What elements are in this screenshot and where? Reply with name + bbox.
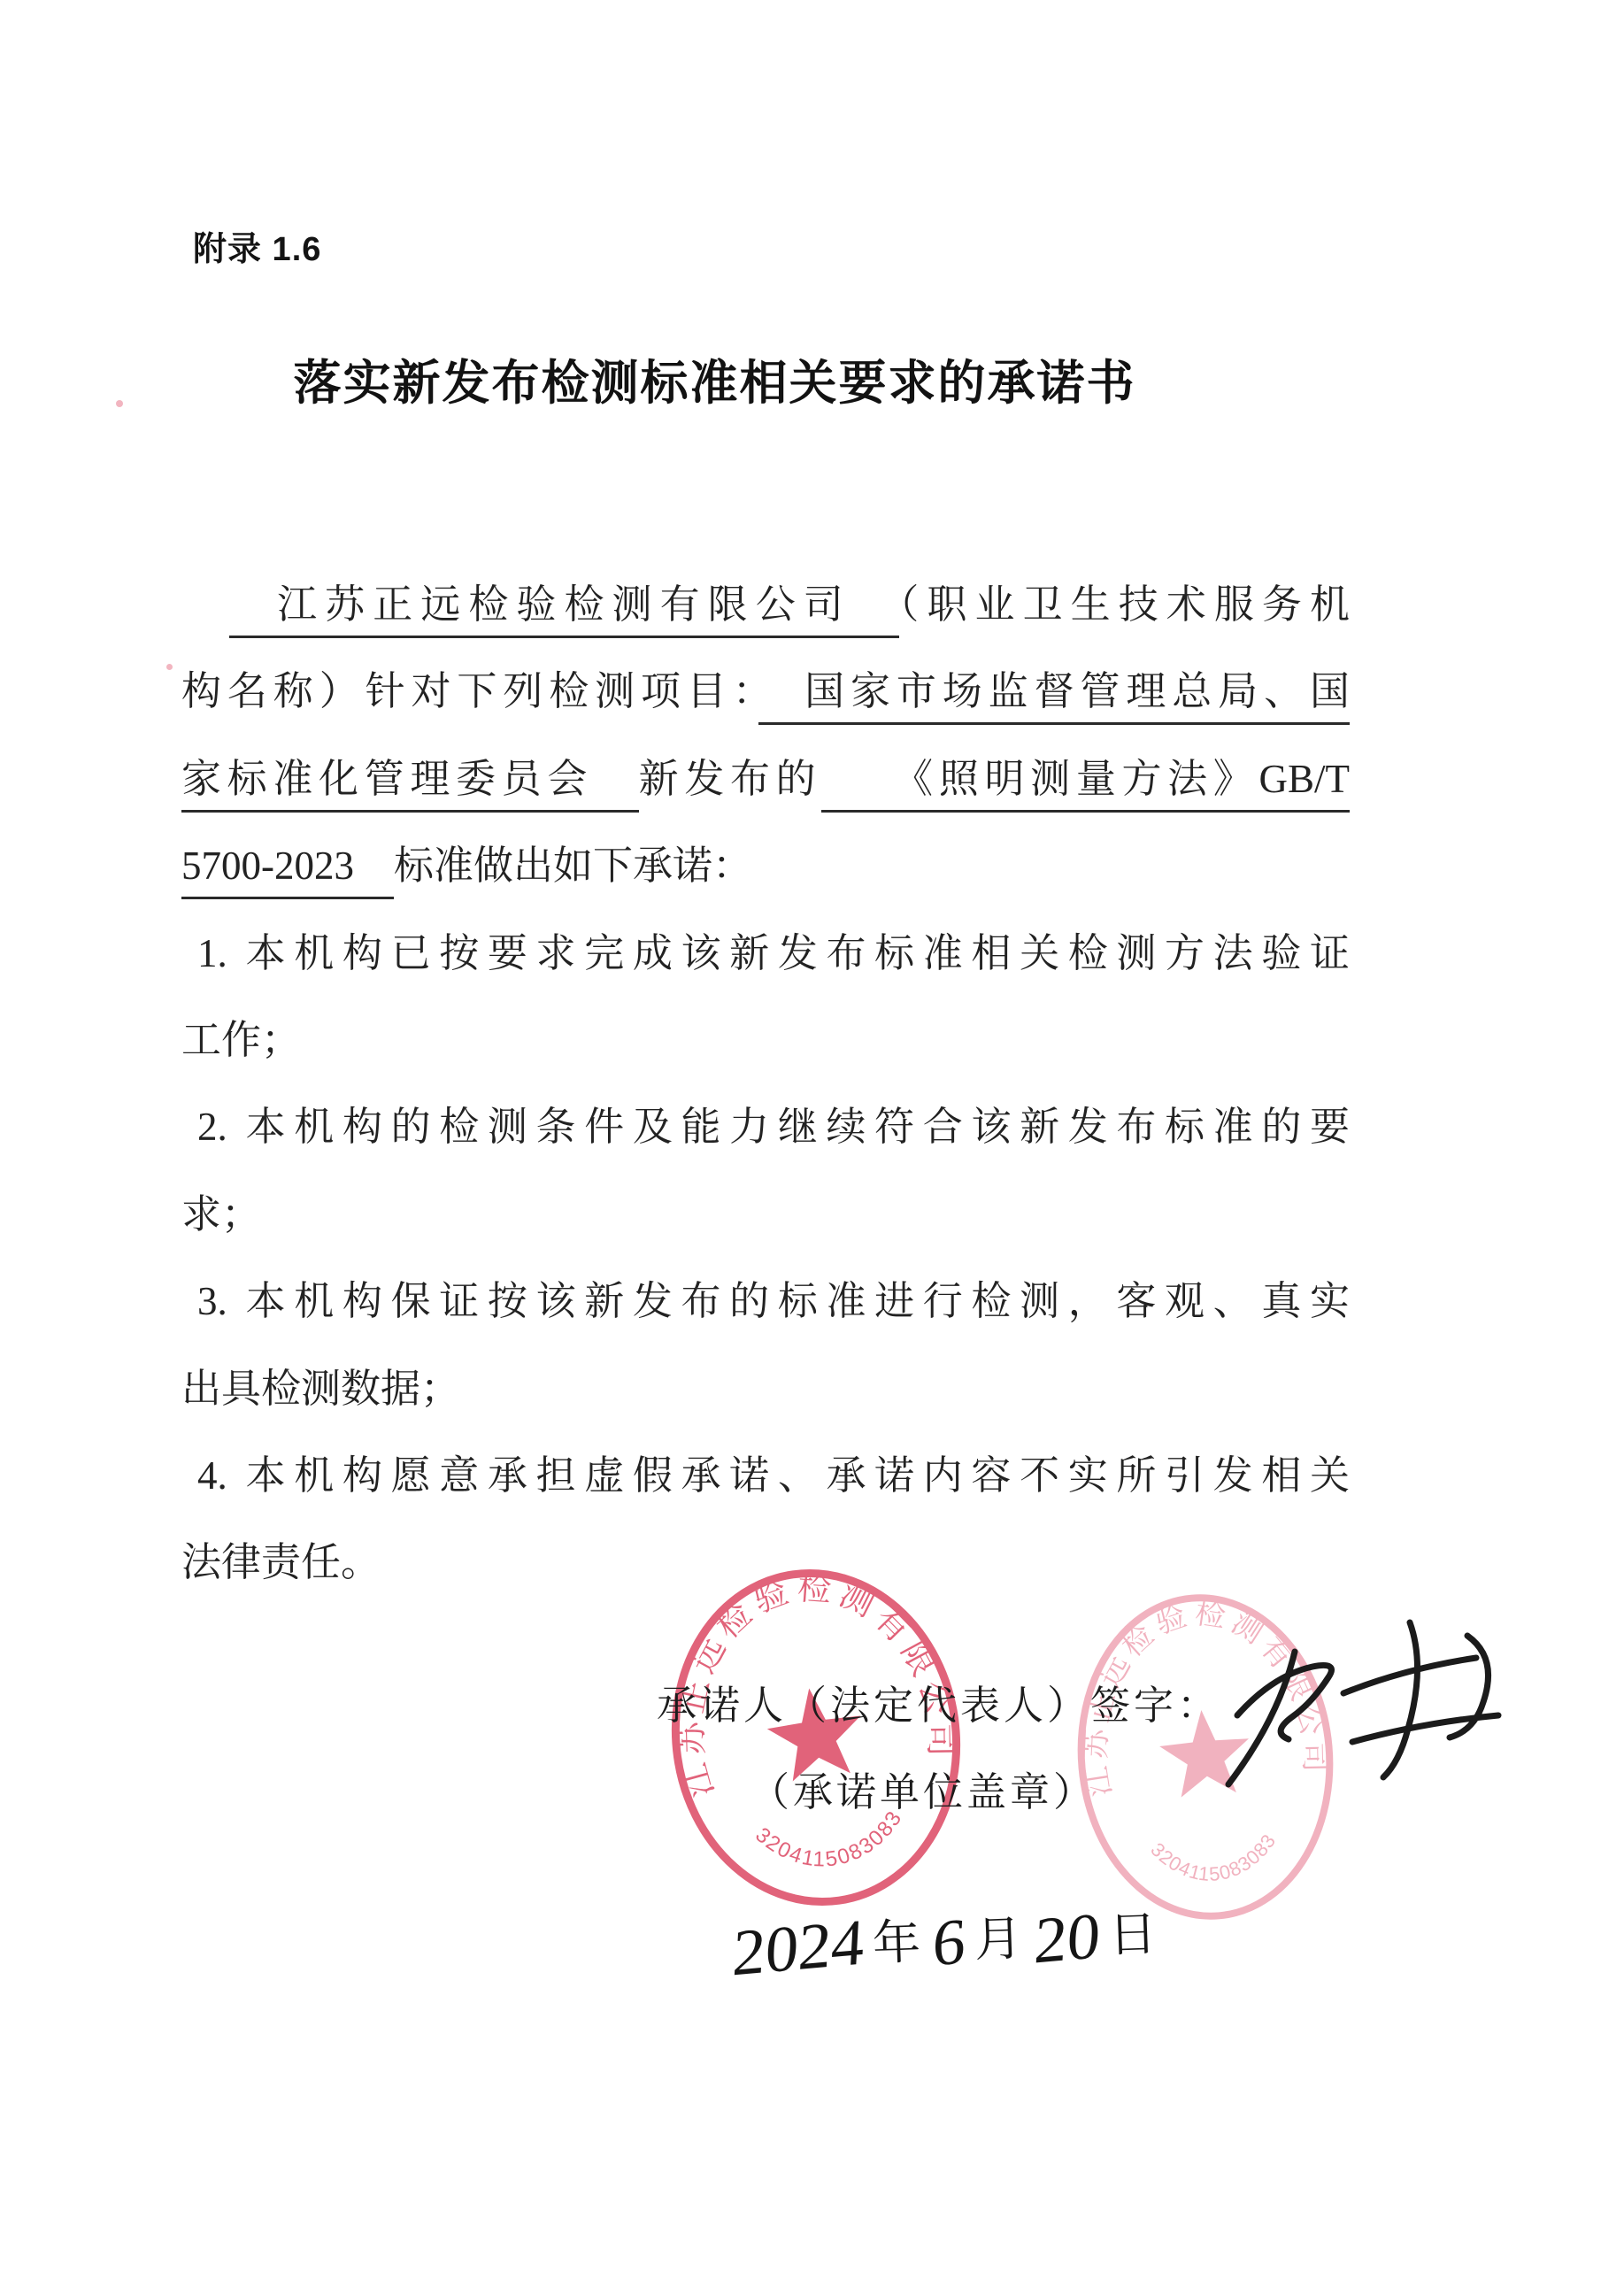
scan-speck: [166, 664, 173, 670]
body-segment: 4. 本机构愿意承担虚假承诺、承诺内容不实所引发相关: [197, 1453, 1350, 1498]
title-row: 落实新发布检测标准相关要求的承诺书: [0, 345, 1624, 413]
body-text: 江苏正远检验检测有限公司 （职业卫生技术服务机 构名称）针对下列检测项目： 国家…: [181, 561, 1350, 1606]
body-segment: 构名称）针对下列检测项目：: [181, 669, 758, 713]
body-line: 江苏正远检验检测有限公司 （职业卫生技术服务机: [181, 561, 1350, 648]
body-line-item-3: 3. 本机构保证按该新发布的标准进行检测，客观、真实: [181, 1258, 1350, 1344]
scan-speck: [116, 400, 123, 407]
document-title: 落实新发布检测标准相关要求的承诺书: [294, 357, 1136, 410]
signature-stroke: [1343, 1658, 1476, 1693]
body-line-item-1: 1. 本机构已按要求完成该新发布标准相关检测方法验证: [181, 910, 1350, 997]
handwritten-signature: [1211, 1609, 1512, 1822]
body-segment: [181, 582, 229, 627]
body-segment: 法律责任。: [181, 1540, 381, 1584]
body-line: 求；: [181, 1171, 1350, 1258]
seal-code-arc-text: 3204115083083: [1145, 1828, 1283, 1891]
underlined-standard-name: 《照明测量方法》GB/T: [821, 757, 1350, 813]
body-line-item-2: 2. 本机构的检测条件及能力继续符合该新发布标准的要: [181, 1083, 1350, 1170]
date-month-label: 月: [974, 1915, 1023, 1964]
body-segment: 新发布的: [639, 757, 822, 801]
underlined-authority-name: 国家市场监督管理总局、国: [758, 669, 1350, 725]
body-segment: 标准做出如下承诺：: [394, 844, 752, 888]
date-year-label: 年: [872, 1918, 921, 1968]
body-line: 出具检测数据；: [181, 1345, 1350, 1432]
body-segment: 3. 本机构保证按该新发布的标准进行检测，客观、真实: [197, 1279, 1350, 1323]
body-line: 构名称）针对下列检测项目： 国家市场监督管理总局、国: [181, 648, 1350, 735]
body-segment: 2. 本机构的检测条件及能力继续符合该新发布标准的要: [197, 1105, 1350, 1149]
body-line-item-4: 4. 本机构愿意承担虚假承诺、承诺内容不实所引发相关: [181, 1432, 1350, 1519]
underlined-standard-number: 5700-2023: [181, 844, 394, 899]
seal-instruction-label: （承诺单位盖章）: [750, 1768, 1097, 1816]
body-segment: 1. 本机构已按要求完成该新发布标准相关检测方法验证: [197, 931, 1350, 975]
date-month: 6: [931, 1908, 967, 1976]
body-line: 家标准化管理委员会 新发布的 《照明测量方法》GB/T: [181, 736, 1350, 822]
date-year: 2024: [731, 1909, 866, 1986]
body-segment: 出具检测数据；: [181, 1367, 460, 1411]
underlined-company-name: 江苏正远检验检测有限公司: [229, 582, 899, 638]
company-seal-left: 江苏正远检验检测有限公司 3204115083083: [643, 1545, 989, 1930]
underlined-authority-name: 家标准化管理委员会: [181, 757, 639, 813]
date-day-label: 日: [1108, 1910, 1158, 1960]
date-day: 20: [1033, 1903, 1102, 1975]
appendix-label: 附录 1.6: [193, 221, 321, 270]
date-line: 2024年 6月 20日: [732, 1902, 1166, 1983]
signature-stroke: [1237, 1666, 1331, 1740]
signer-label: 承诺人（法定代表人）签字：: [657, 1682, 1220, 1730]
signature-stroke: [1383, 1622, 1418, 1777]
body-segment: 求；: [181, 1192, 261, 1237]
body-line: 工作；: [181, 997, 1350, 1083]
body-segment: 工作；: [181, 1018, 301, 1062]
body-line: 5700-2023 标准做出如下承诺：: [181, 822, 1350, 909]
body-segment: （职业卫生技术服务机: [899, 582, 1350, 627]
document-page: 附录 1.6 落实新发布检测标准相关要求的承诺书 江苏正远检验检测有限公司 （职…: [0, 0, 1624, 2296]
